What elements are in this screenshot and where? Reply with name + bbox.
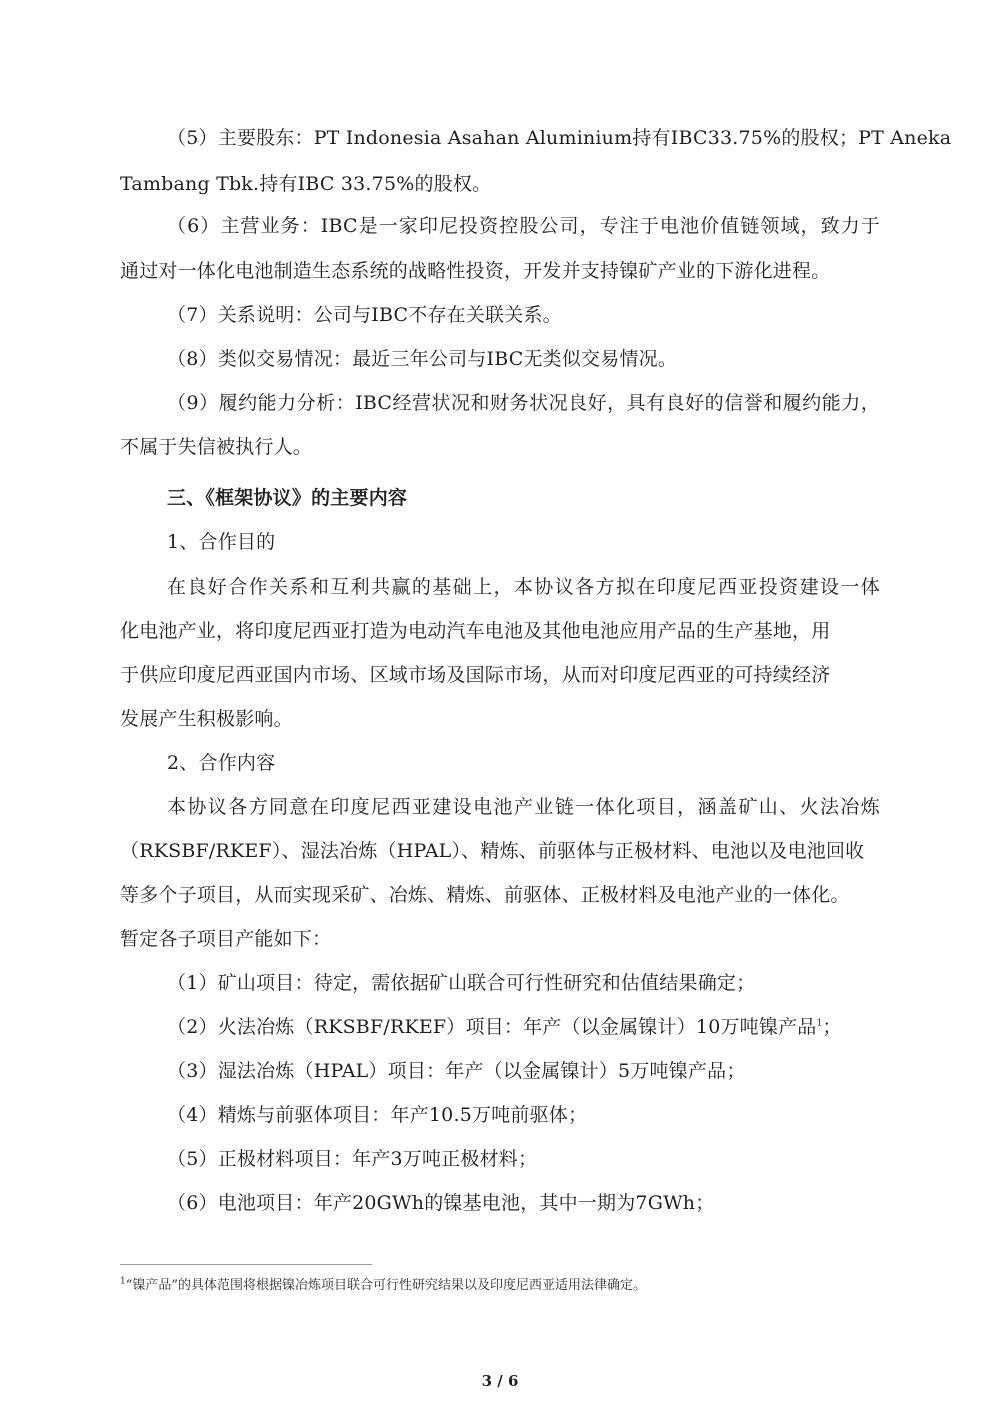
text-line-content: 化电池产业，将印度尼西亚打造为电动汽车电池及其他电池应用产品的生产基地，用 [120,620,830,642]
text-line-content: 不属于失信被执行人。 [120,436,312,458]
text-line: （9）履约能力分析：IBC经营状况和财务状况良好，具有良好的信誉和履约能力， [167,391,880,415]
text-line-content: 在良好合作关系和互利共赢的基础上，本协议各方拟在印度尼西亚投资建设一体 [167,576,880,598]
text-line: （4）精炼与前驱体项目：年产10.5万吨前驱体； [167,1103,587,1127]
text-line-content: 三、《框架协议》的主要内容 [167,487,407,509]
text-line-content: 暂定各子项目产能如下： [120,928,331,950]
text-line-content: 本协议各方同意在印度尼西亚建设电池产业链一体化项目，涵盖矿山、火法冶炼 [167,796,880,818]
text-line: （7）关系说明：公司与IBC不存在关联关系。 [167,303,562,327]
text-line-content: 发展产生积极影响。 [120,708,293,730]
text-line: 暂定各子项目产能如下： [120,927,331,951]
text-line: Tambang Tbk.持有IBC 33.75%的股权。 [120,172,491,196]
text-line: 于供应印度尼西亚国内市场、区域市场及国际市场，从而对印度尼西亚的可持续经济 [120,663,830,687]
text-line: 本协议各方同意在印度尼西亚建设电池产业链一体化项目，涵盖矿山、火法冶炼 [167,795,880,819]
text-line-content: （9）履约能力分析：IBC经营状况和财务状况良好，具有良好的信誉和履约能力， [167,392,880,414]
punctuation: ； [822,1016,841,1038]
text-line-content: （2）火法冶炼（RKSBF/RKEF）项目：年产（以金属镍计）10万吨镍产品 [167,1016,816,1038]
text-line-content: 等多个子项目，从而实现采矿、冶炼、精炼、前驱体、正极材料及电池产业的一体化。 [120,884,850,906]
text-line-content: （3）湿法冶炼（HPAL）项目：年产（以金属镍计）5万吨镍产品； [167,1060,746,1082]
text-line-content: 于供应印度尼西亚国内市场、区域市场及国际市场，从而对印度尼西亚的可持续经济 [120,664,830,686]
text-line: 在良好合作关系和互利共赢的基础上，本协议各方拟在印度尼西亚投资建设一体 [167,575,880,599]
text-line: （1）矿山项目：待定，需依据矿山联合可行性研究和估值结果确定； [167,971,755,995]
text-line: （3）湿法冶炼（HPAL）项目：年产（以金属镍计）5万吨镍产品； [167,1059,746,1083]
text-line-content: （8）类似交易情况：最近三年公司与IBC无类似交易情况。 [167,348,677,370]
text-line-content: 2、合作内容 [167,752,275,774]
text-line-content: 通过对一体化电池制造生态系统的战略性投资，开发并支持镍矿产业的下游化进程。 [120,260,830,282]
text-line-content: （5）正极材料项目：年产3万吨正极材料； [167,1148,537,1170]
text-line: （8）类似交易情况：最近三年公司与IBC无类似交易情况。 [167,347,677,371]
text-line-content: （7）关系说明：公司与IBC不存在关联关系。 [167,304,562,326]
text-line: 发展产生积极影响。 [120,707,293,731]
footnote-divider [120,1264,372,1265]
text-line: 等多个子项目，从而实现采矿、冶炼、精炼、前驱体、正极材料及电池产业的一体化。 [120,883,850,907]
text-line-content: （6）电池项目：年产20GWh的镍基电池，其中一期为7GWh； [167,1192,714,1214]
text-line: （2）火法冶炼（RKSBF/RKEF）项目：年产（以金属镍计）10万吨镍产品1； [167,1015,842,1039]
text-line-content: Tambang Tbk.持有IBC 33.75%的股权。 [120,173,491,195]
document-page: （5）主要股东：PT Indonesia Asahan Aluminium持有I… [0,0,1000,1414]
text-line: 1、合作目的 [167,530,275,554]
text-line: （6）主营业务：IBC是一家印尼投资控股公司，专注于电池价值链领域，致力于 [167,214,880,238]
page-number: 3 / 6 [0,1371,1000,1391]
text-line-content: 1、合作目的 [167,531,275,553]
text-line: （6）电池项目：年产20GWh的镍基电池，其中一期为7GWh； [167,1191,714,1215]
text-line-content: （6）主营业务：IBC是一家印尼投资控股公司，专注于电池价值链领域，致力于 [167,215,880,237]
footnote-text: “镍产品”的具体范围将根据镍冶炼项目联合可行性研究结果以及印度尼西亚适用法律确定… [126,1278,646,1293]
text-line: 不属于失信被执行人。 [120,435,312,459]
text-line: 化电池产业，将印度尼西亚打造为电动汽车电池及其他电池应用产品的生产基地，用 [120,619,830,643]
text-line-content: （RKSBF/RKEF）、湿法冶炼（HPAL）、精炼、前驱体与正极材料、电池以及… [120,840,864,862]
footnote: 1“镍产品”的具体范围将根据镍冶炼项目联合可行性研究结果以及印度尼西亚适用法律确… [120,1277,646,1295]
text-line: （5）正极材料项目：年产3万吨正极材料； [167,1147,537,1171]
section-heading: 三、《框架协议》的主要内容 [167,486,407,510]
text-line-content: （1）矿山项目：待定，需依据矿山联合可行性研究和估值结果确定； [167,972,755,994]
text-line: （RKSBF/RKEF）、湿法冶炼（HPAL）、精炼、前驱体与正极材料、电池以及… [120,839,864,863]
text-line: 2、合作内容 [167,751,275,775]
text-line-content: （4）精炼与前驱体项目：年产10.5万吨前驱体； [167,1104,587,1126]
text-line: （5）主要股东：PT Indonesia Asahan Aluminium持有I… [167,126,880,150]
text-line-content: （5）主要股东：PT Indonesia Asahan Aluminium持有I… [167,127,951,149]
text-line: 通过对一体化电池制造生态系统的战略性投资，开发并支持镍矿产业的下游化进程。 [120,259,830,283]
